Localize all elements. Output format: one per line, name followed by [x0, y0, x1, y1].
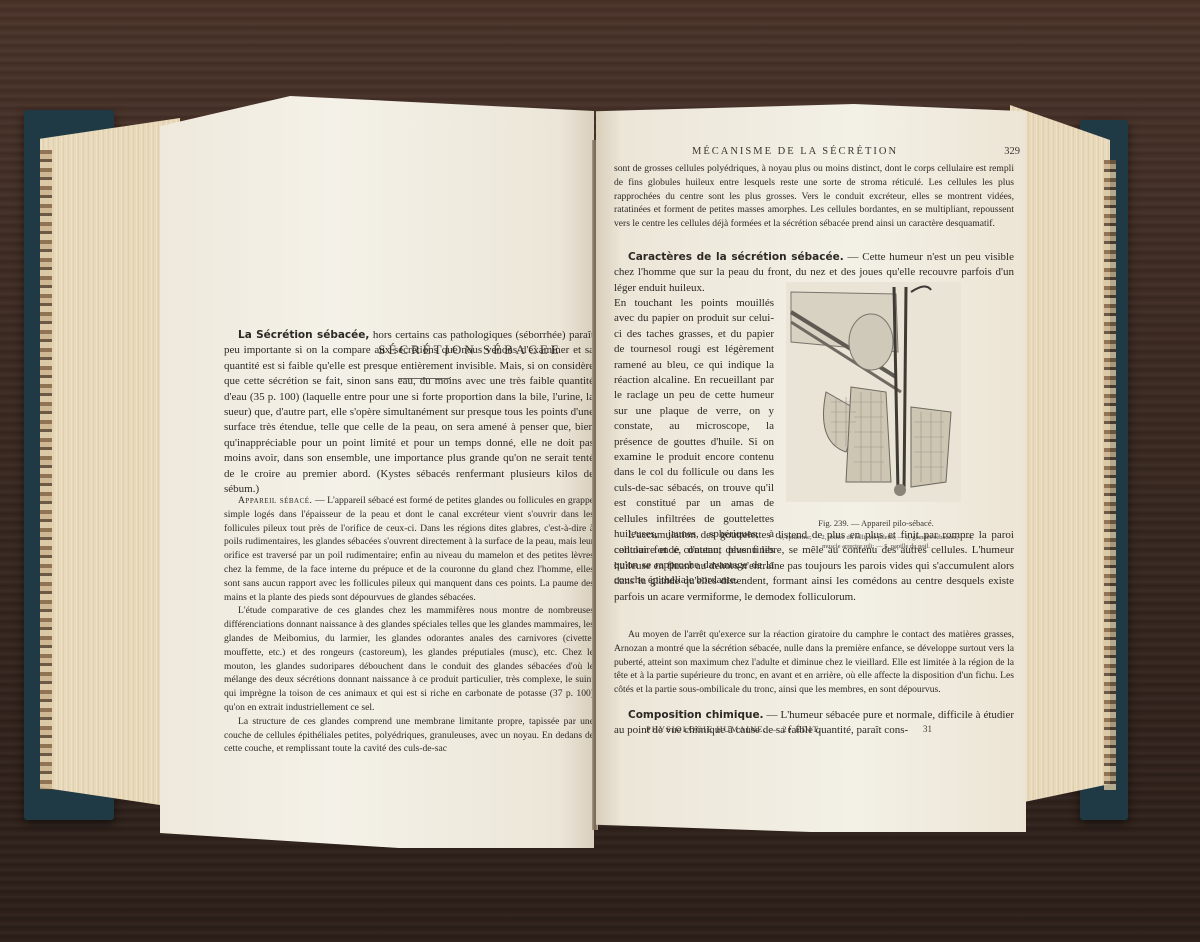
figure-pilo-sebace: [786, 282, 961, 502]
accumulation-text: L'accumulation des gouttelettes distend …: [614, 528, 1014, 605]
intro-lead: La Sécrétion sébacée,: [238, 329, 369, 341]
signature-mark: 31: [923, 724, 932, 734]
appareil-section: Appareil sébacé. — L'appareil sébacé est…: [224, 494, 594, 756]
page-number: 329: [1004, 146, 1020, 157]
caracteres-lead: Caractères de la sécrétion sébacée.: [628, 251, 844, 263]
appareil-lead: Appareil sébacé.: [238, 495, 312, 506]
continuation-paragraph: sont de grosses cellules polyédriques, à…: [614, 162, 1014, 231]
intro-paragraph: La Sécrétion sébacée, hors certains cas …: [224, 328, 594, 497]
composition-lead: Composition chimique.: [628, 709, 764, 721]
page-footer-title: PHYSIOLOGIE HUMAINE. — 2e ÉDIT.: [646, 724, 821, 734]
arnozan-text: Au moyen de l'arrêt qu'exerce sur la réa…: [614, 628, 1014, 697]
hair-follicle-illustration-icon: [786, 282, 961, 502]
figure-caption: Fig. 239. — Appareil pilo-sébacé.: [776, 518, 976, 528]
appareil-text: — L'appareil sébacé est formé de petites…: [224, 495, 594, 603]
marbled-edge-left: [40, 150, 52, 790]
marbled-edge-right: [1104, 160, 1116, 790]
arnozan-paragraph: Au moyen de l'arrêt qu'exerce sur la réa…: [614, 628, 1014, 697]
left-page: SÉCRÉTION SÉBACEE La Sécrétion sébacée, …: [160, 96, 594, 848]
accumulation-paragraph: L'accumulation des gouttelettes distend …: [614, 528, 1014, 605]
etude-paragraph: L'étude comparative de ces glandes chez …: [224, 604, 594, 714]
intro-text: hors certains cas pathologiques (séborrh…: [224, 329, 594, 495]
structure-paragraph: La structure de ces glandes comprend une…: [224, 715, 594, 756]
running-head: MÉCANISME DE LA SÉCRÉTION: [692, 146, 898, 157]
page-block-left: [40, 118, 180, 808]
continuation-text: sont de grosses cellules polyédriques, à…: [614, 162, 1014, 231]
right-page: MÉCANISME DE LA SÉCRÉTION 329 sont de gr…: [596, 104, 1026, 832]
